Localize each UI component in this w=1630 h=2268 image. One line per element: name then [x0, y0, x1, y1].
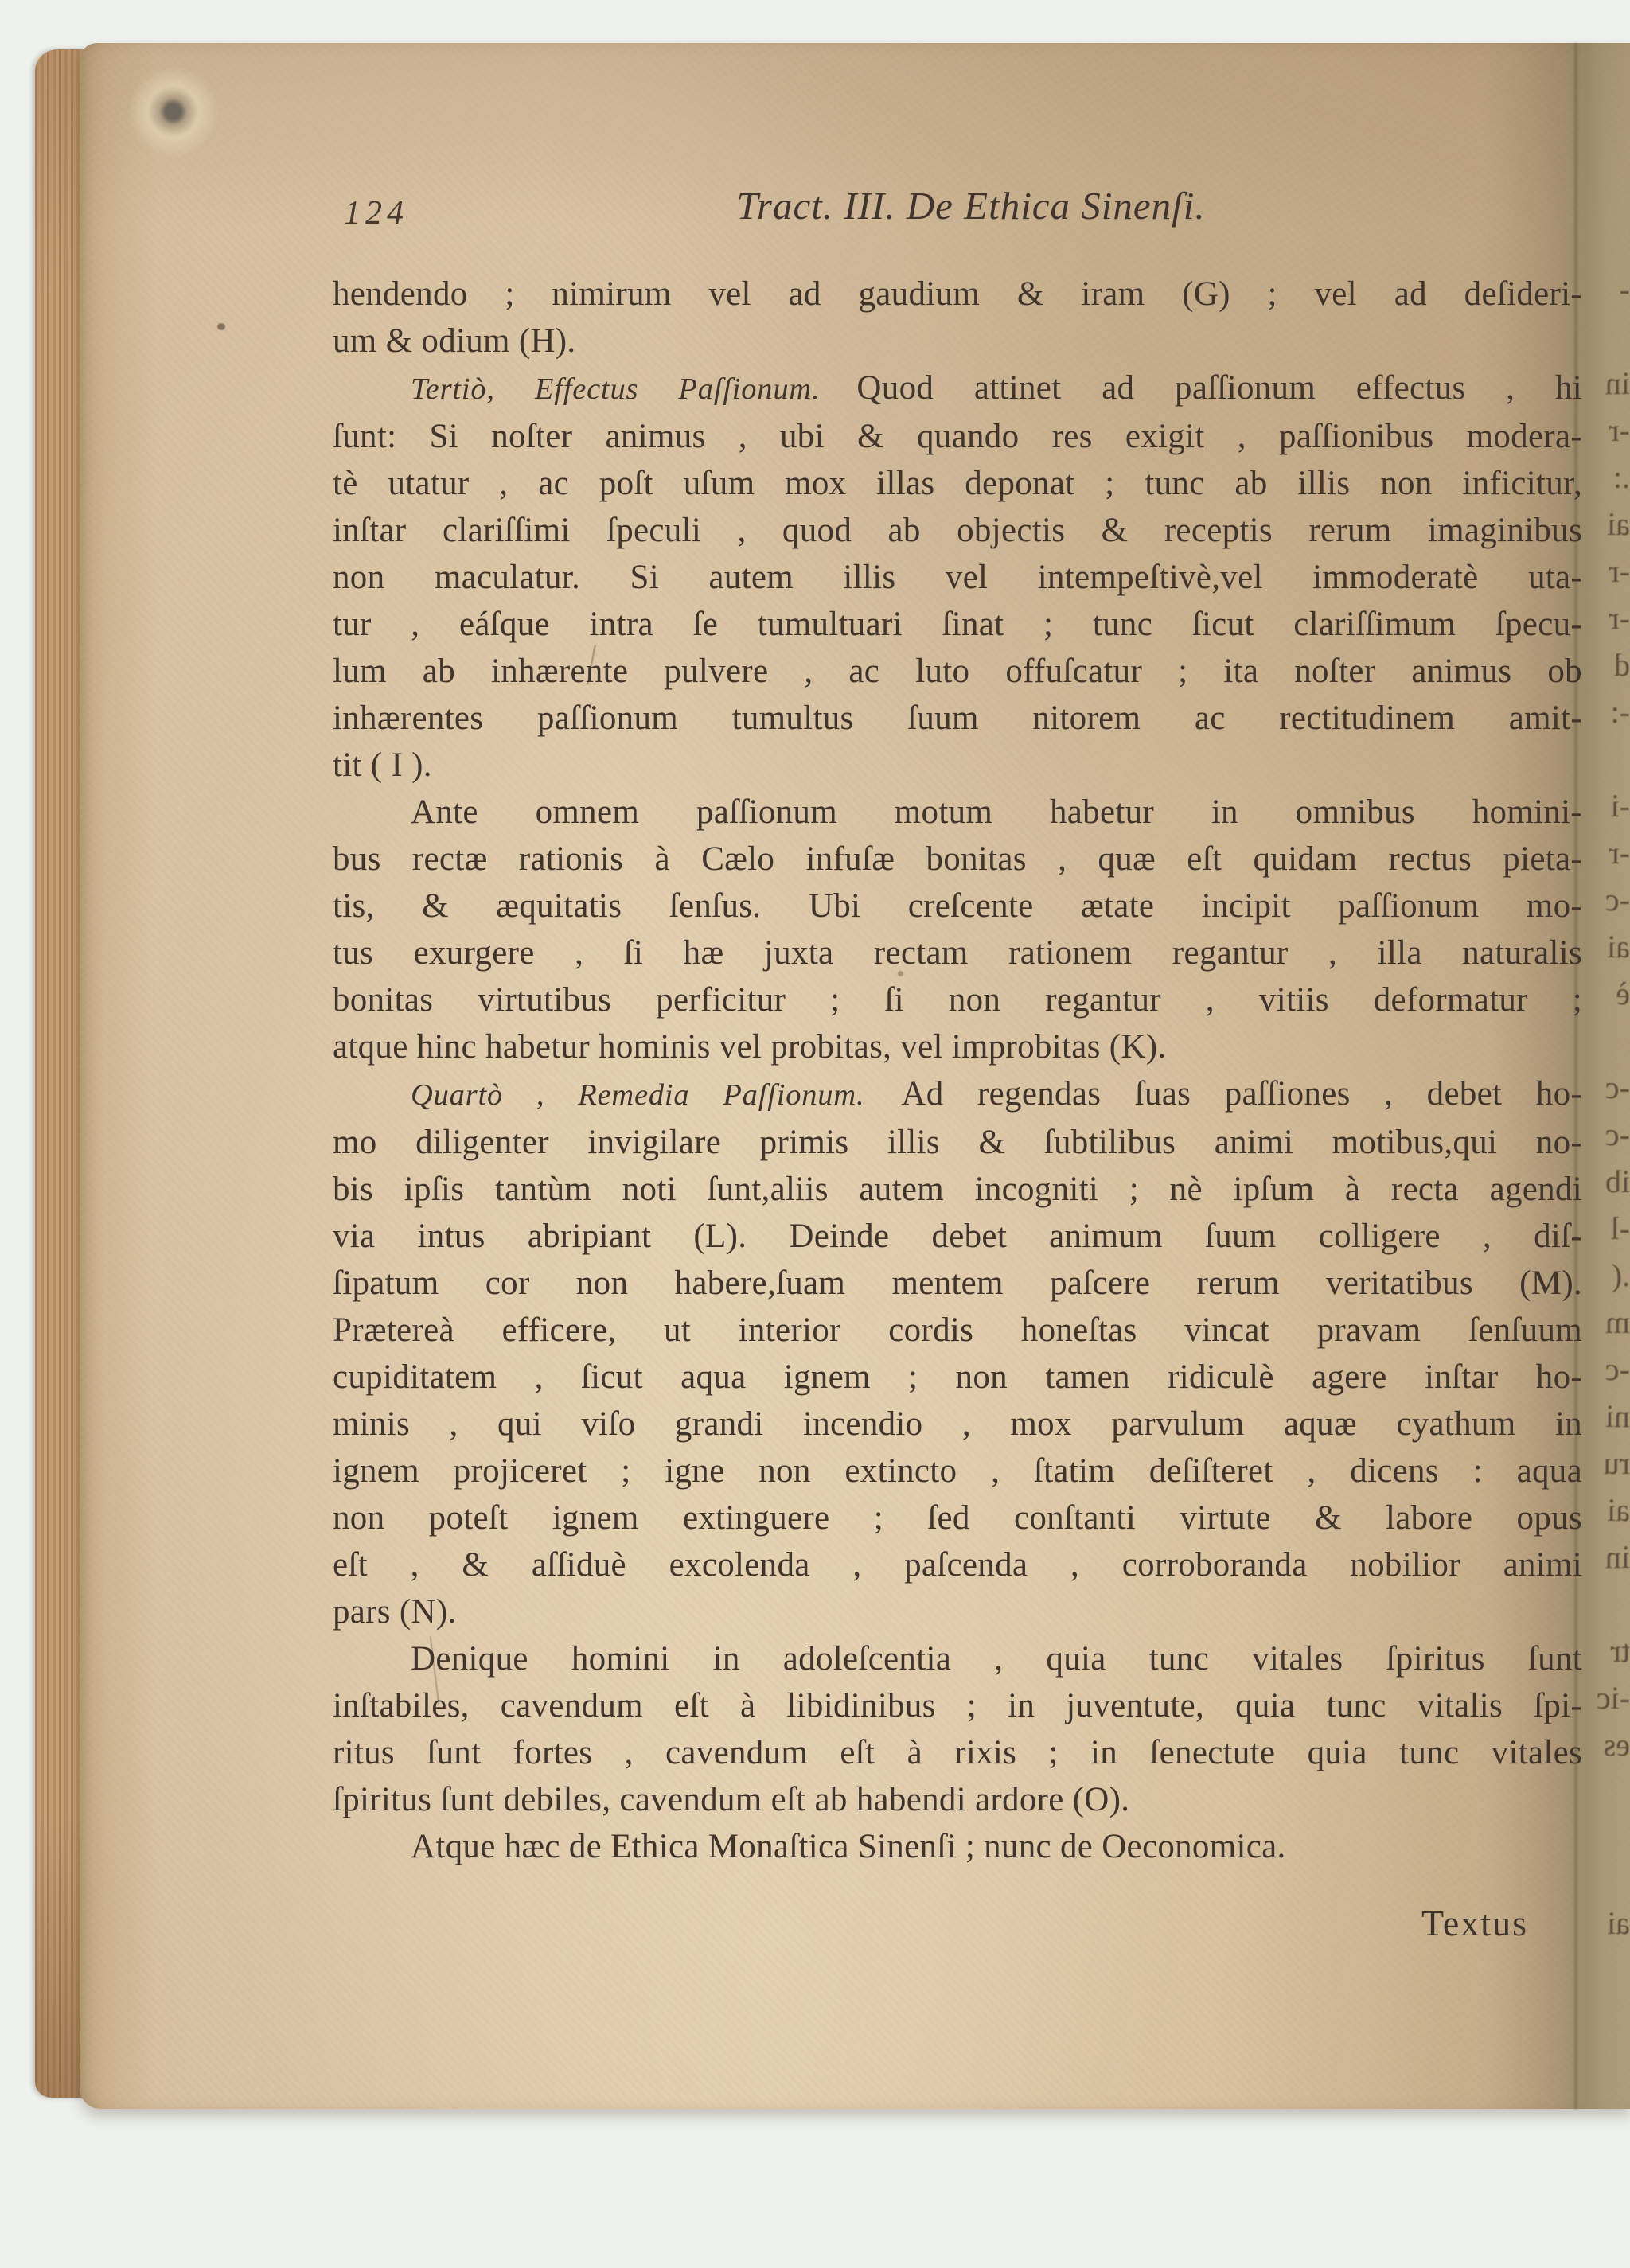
line-text: atque hinc habetur hominis vel probitas,…: [333, 1028, 1166, 1066]
ink-stain: [119, 68, 223, 162]
showthrough-fragment: in: [1587, 1538, 1630, 1585]
showthrough-fragment: -c: [1587, 1069, 1630, 1116]
line-text: cupiditatem , ſicut aqua ignem ; non tam…: [333, 1358, 1582, 1396]
line-text: inſtar clariſſimi ſpeculi , quod ab obje…: [333, 512, 1582, 549]
text-line: bonitas virtutibus perficitur ; ſi non r…: [333, 976, 1582, 1023]
showthrough-fragment: -c: [1587, 881, 1630, 928]
scanned-book-spread: { "page": { "number": "124", "header": "…: [0, 0, 1630, 2268]
line-text: bus rectæ rationis à Cælo infuſæ bonitas…: [333, 840, 1582, 878]
line-text: lum ab inhærente pulvere , ac luto offuſ…: [333, 653, 1582, 690]
text-line: Quartò , Remedia Paſſionum.Ad regendas ſ…: [333, 1070, 1582, 1119]
text-line: ſunt: Si noſter animus , ubi & quando re…: [333, 413, 1582, 460]
line-text: ritus ſunt fortes , cavendum eſt à rixis…: [333, 1734, 1582, 1771]
showthrough-fragment: -r: [1587, 411, 1630, 458]
text-line: mo diligenter invigilare primis illis & …: [333, 1119, 1582, 1166]
showthrough-fragment: m: [1587, 1304, 1630, 1350]
line-text: bis ipſis tantùm noti ſunt,aliis autem i…: [333, 1171, 1582, 1208]
showthrough-fragment: .(: [1587, 1257, 1630, 1304]
line-text: Atque hæc de Ethica Monaſtica Sinenſi ; …: [411, 1828, 1286, 1865]
text-line: tur , eáſque intra ſe tumultuari ſinat ;…: [333, 601, 1582, 648]
showthrough-fragment: -c: [1587, 1350, 1630, 1397]
book-page: 124 Tract. III. De Ethica Sinenſi. hende…: [80, 43, 1630, 2109]
line-text: Denique homini in adoleſcentia , quia tu…: [411, 1640, 1582, 1678]
text-line: ignem projiceret ; igne non extincto , ſ…: [333, 1448, 1582, 1494]
line-text: minis , qui viſo grandi incendio , mox p…: [333, 1405, 1582, 1443]
line-text: Prætereà efficere, ut interior cordis ho…: [333, 1311, 1582, 1349]
text-line: lum ab inhærente pulvere , ac luto offuſ…: [333, 648, 1582, 695]
showthrough-fragment: es: [1587, 1726, 1630, 1773]
text-line: tis, & æquitatis ſenſus. Ubi creſcente æ…: [333, 883, 1582, 929]
text-line: Ante omnem paſſionum motum habetur in om…: [333, 789, 1582, 836]
text-line: via intus abripiant (L). Deinde debet an…: [333, 1213, 1582, 1260]
catchword: Textus: [1421, 1902, 1528, 1944]
showthrough-fragment: in: [1587, 364, 1630, 411]
line-text: mo diligenter invigilare primis illis & …: [333, 1124, 1582, 1161]
line-text: tè utatur , ac poſt uſum mox illas depon…: [333, 465, 1582, 502]
line-text: non maculatur. Si autem illis vel intemp…: [333, 559, 1582, 596]
showthrough-fragment: ai: [1587, 928, 1630, 975]
line-text: ignem projiceret ; igne non extincto , ſ…: [333, 1452, 1582, 1490]
text-line: ſpiritus ſunt debiles, cavendum eſt ab h…: [333, 1776, 1582, 1823]
running-header: Tract. III. De Ethica Sinenſi.: [525, 183, 1417, 228]
showthrough-fragment: d: [1587, 646, 1630, 693]
line-text: inhærentes paſſionum tumultus ſuum nitor…: [333, 699, 1582, 737]
showthrough-fragment: ib: [1587, 1163, 1630, 1210]
line-text: hendendo ; nimirum vel ad gaudium & iram…: [333, 275, 1582, 313]
line-text: inſtabiles, cavendum eſt à libidinibus ;…: [333, 1687, 1582, 1724]
line-text: ſpiritus ſunt debiles, cavendum eſt ab h…: [333, 1781, 1129, 1818]
text-line: Atque hæc de Ethica Monaſtica Sinenſi ; …: [333, 1823, 1582, 1870]
showthrough-fragment: -i: [1587, 787, 1630, 834]
line-text: Ad regendas ſuas paſſiones , debet ho-: [901, 1075, 1582, 1113]
text-line: inhærentes paſſionum tumultus ſuum nitor…: [333, 695, 1582, 742]
text-line: bis ipſis tantùm noti ſunt,aliis autem i…: [333, 1166, 1582, 1213]
showthrough-fragment: -ic: [1587, 1679, 1630, 1726]
showthrough-fragment: -r: [1587, 552, 1630, 599]
text-line: ritus ſunt fortes , cavendum eſt à rixis…: [333, 1729, 1582, 1776]
line-text: tis, & æquitatis ſenſus. Ubi creſcente æ…: [333, 887, 1582, 925]
text-line: inſtabiles, cavendum eſt à libidinibus ;…: [333, 1682, 1582, 1729]
showthrough-fragment: .:: [1587, 458, 1630, 505]
text-line: minis , qui viſo grandi incendio , mox p…: [333, 1401, 1582, 1448]
showthrough-fragment: -:: [1587, 693, 1630, 740]
text-line: cupiditatem , ſicut aqua ignem ; non tam…: [333, 1354, 1582, 1401]
showthrough-fragment: -c: [1587, 1116, 1630, 1163]
line-text: um & odium (H).: [333, 322, 575, 360]
text-line: bus rectæ rationis à Cælo infuſæ bonitas…: [333, 836, 1582, 883]
text-line: Denique homini in adoleſcentia , quia tu…: [333, 1635, 1582, 1682]
line-text: ſunt: Si noſter animus , ubi & quando re…: [333, 418, 1582, 455]
showthrough-fragment: ai: [1587, 1904, 1630, 1951]
text-line: tus exurgere , ſi hæ juxta rectam ration…: [333, 929, 1582, 976]
text-line: atque hinc habetur hominis vel probitas,…: [333, 1023, 1582, 1070]
ink-speck: [217, 323, 225, 330]
line-text: Quod attinet ad paſſionum effectus , hi: [856, 369, 1582, 407]
line-text: ſipatum cor non habere,ſuam mentem paſce…: [333, 1265, 1582, 1302]
text-line: ſipatum cor non habere,ſuam mentem paſce…: [333, 1260, 1582, 1307]
showthrough-fragment: ni: [1587, 1397, 1630, 1444]
line-text: pars (N).: [333, 1593, 457, 1631]
line-text: eſt , & aſſiduè excolenda , paſcenda , c…: [333, 1546, 1582, 1584]
page-number: 124: [344, 194, 408, 232]
text-line: tit ( I ).: [333, 742, 1582, 789]
showthrough-fragment: è: [1587, 975, 1630, 1022]
line-text: tus exurgere , ſi hæ juxta rectam ration…: [333, 934, 1582, 972]
text-block: hendendo ; nimirum vel ad gaudium & iram…: [333, 271, 1582, 1870]
showthrough-fragment: ru: [1587, 1444, 1630, 1491]
line-text: Ante omnem paſſionum motum habetur in om…: [411, 793, 1582, 831]
text-line: non poteſt ignem extinguere ; ſed conſta…: [333, 1494, 1582, 1541]
text-line: Tertiò, Effectus Paſſionum.Quod attinet …: [333, 364, 1582, 413]
showthrough-fragment: -r: [1587, 834, 1630, 881]
showthrough-fragment: ai: [1587, 505, 1630, 552]
line-text: bonitas virtutibus perficitur ; ſi non r…: [333, 981, 1582, 1019]
showthrough-fragment: tr: [1587, 1632, 1630, 1679]
showthrough-fragment: -: [1587, 271, 1630, 318]
showthrough-fragment: -l: [1587, 1210, 1630, 1257]
text-line: inſtar clariſſimi ſpeculi , quod ab obje…: [333, 507, 1582, 554]
text-line: pars (N).: [333, 1588, 1582, 1635]
line-text: via intus abripiant (L). Deinde debet an…: [333, 1218, 1582, 1255]
line-text: non poteſt ignem extinguere ; ſed conſta…: [333, 1499, 1582, 1537]
text-line: eſt , & aſſiduè excolenda , paſcenda , c…: [333, 1541, 1582, 1588]
text-line: non maculatur. Si autem illis vel intemp…: [333, 554, 1582, 601]
text-line: um & odium (H).: [333, 318, 1582, 364]
italic-lead: Tertiò, Effectus Paſſionum.: [411, 372, 820, 406]
text-line: Prætereà efficere, ut interior cordis ho…: [333, 1307, 1582, 1354]
text-line: hendendo ; nimirum vel ad gaudium & iram…: [333, 271, 1582, 318]
text-line: tè utatur , ac poſt uſum mox illas depon…: [333, 460, 1582, 507]
italic-lead: Quartò , Remedia Paſſionum.: [411, 1078, 864, 1112]
line-text: tur , eáſque intra ſe tumultuari ſinat ;…: [333, 606, 1582, 643]
showthrough-fragment: -r: [1587, 599, 1630, 646]
showthrough-fragment: ai: [1587, 1491, 1630, 1538]
line-text: tit ( I ).: [333, 746, 432, 784]
